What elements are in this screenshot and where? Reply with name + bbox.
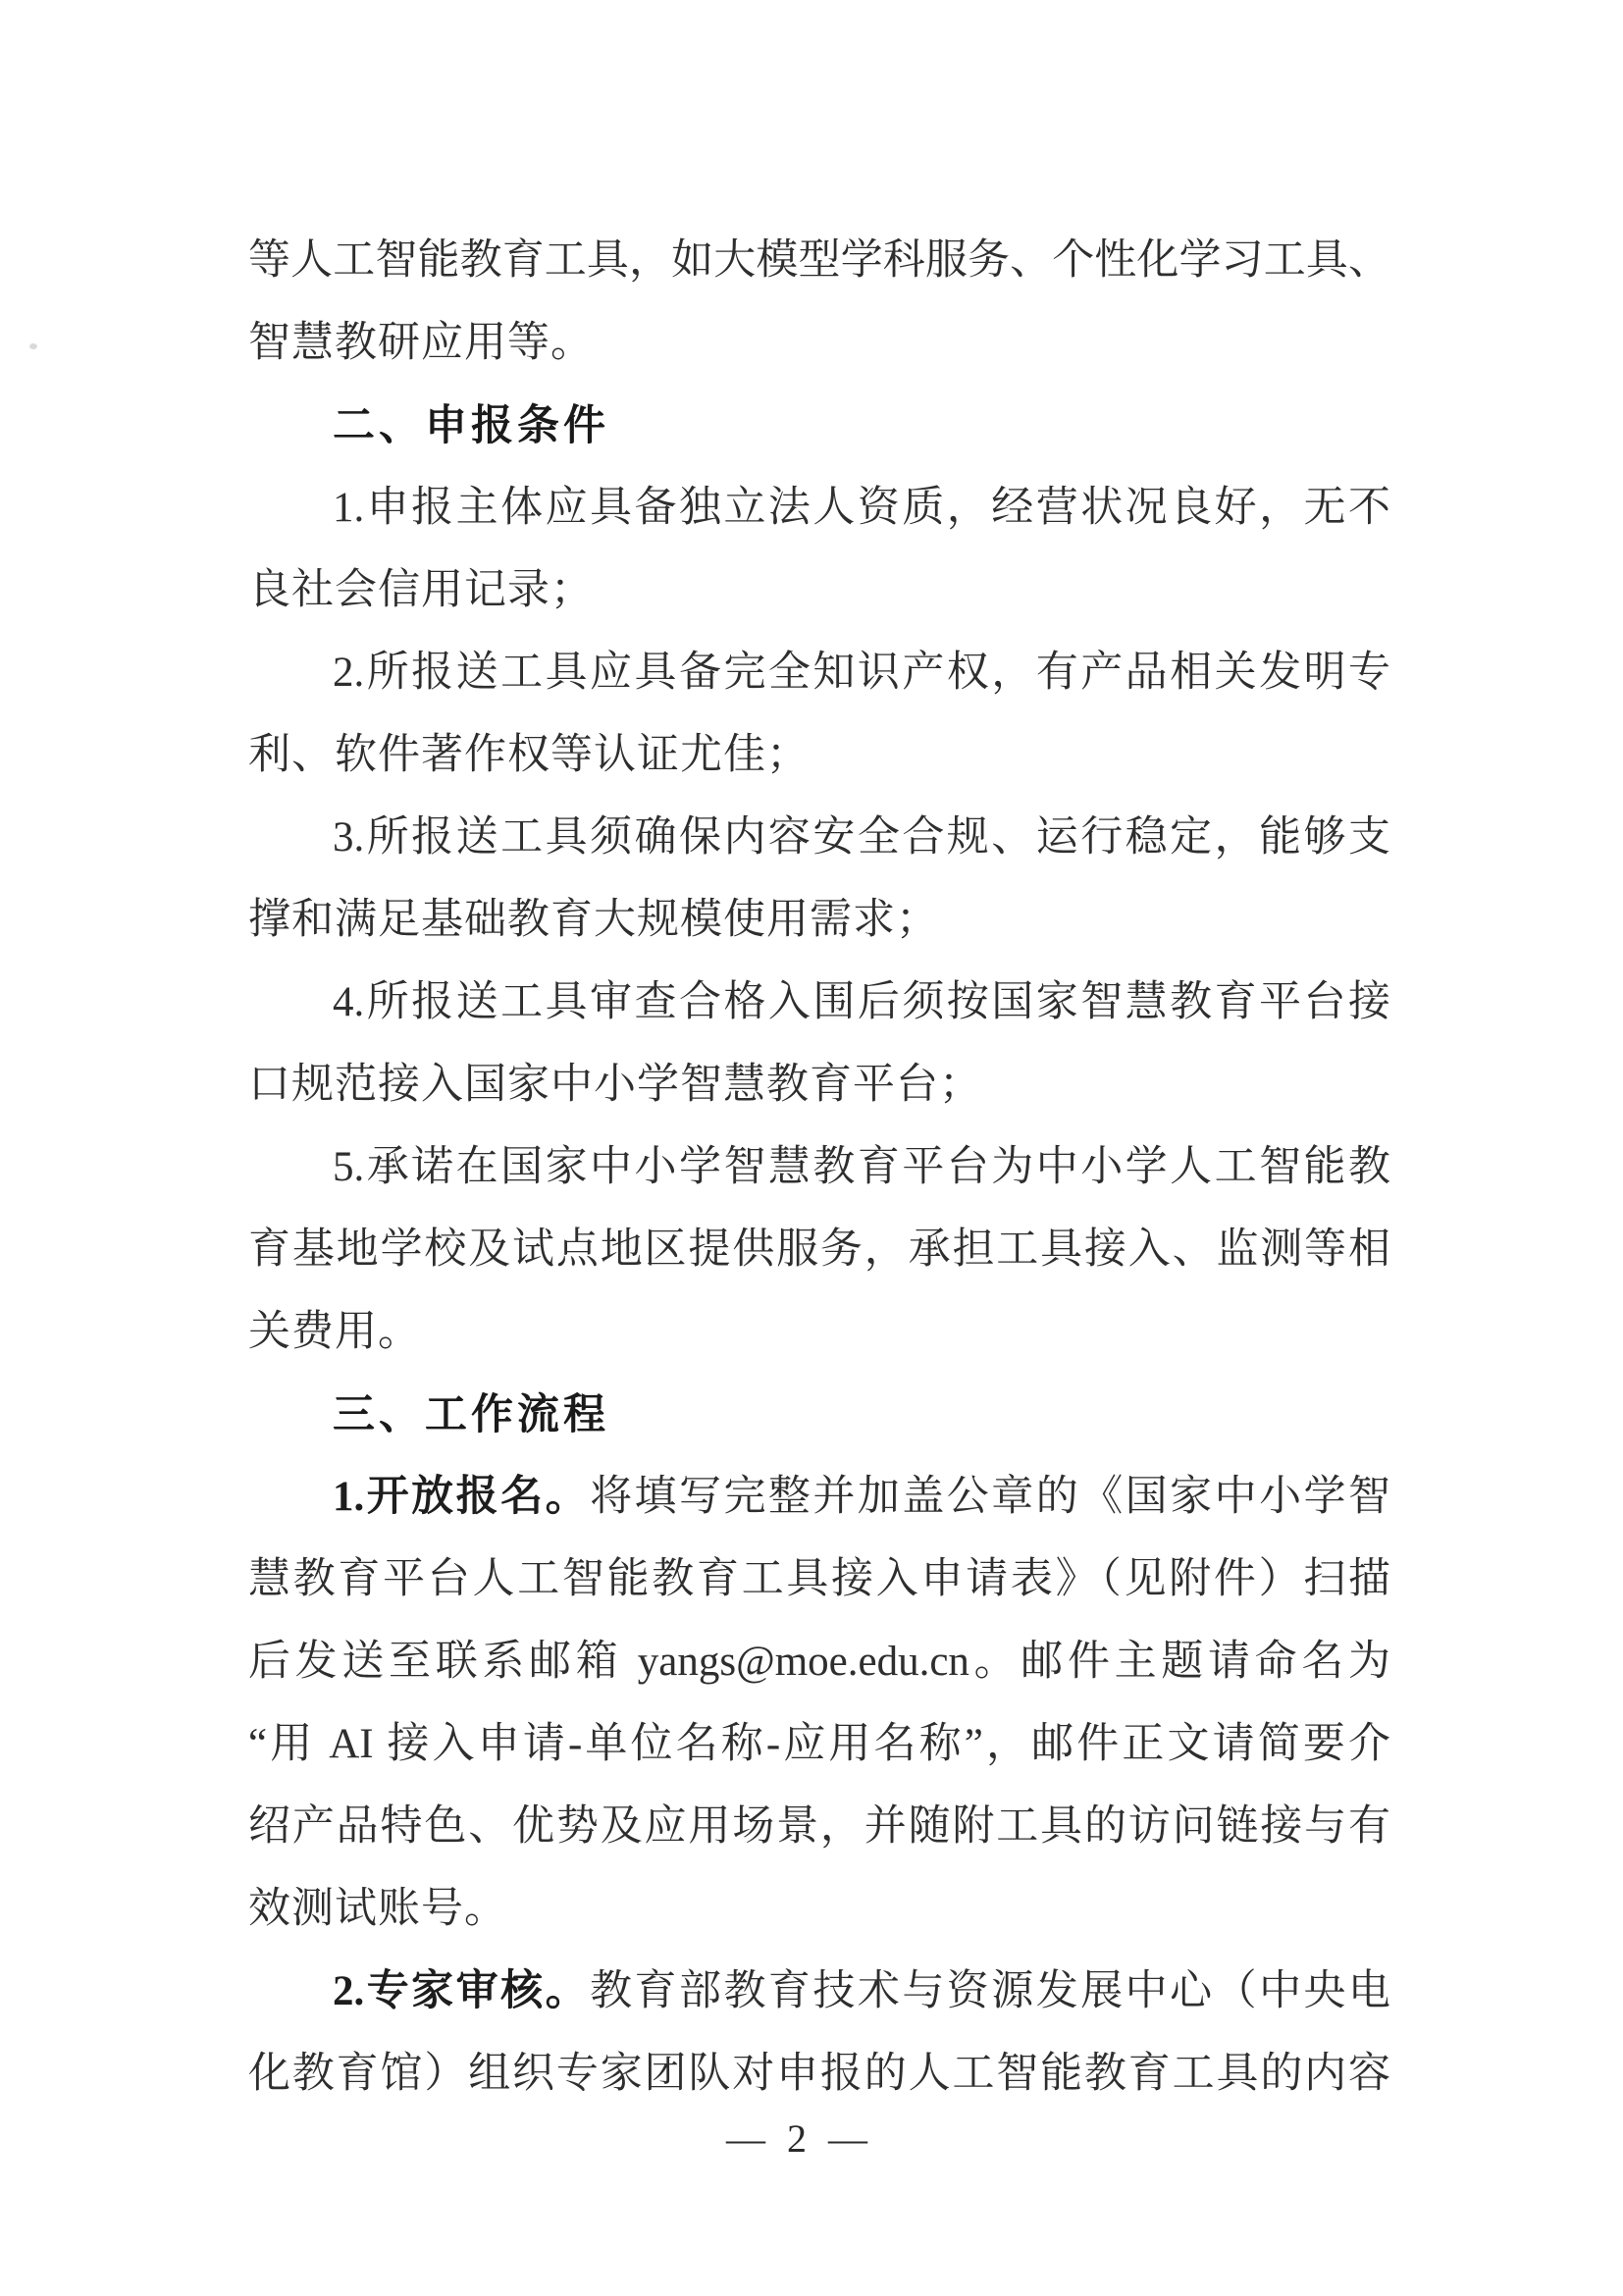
- text-line: “用 AI 接入申请-单位名称-应用名称”，邮件正文请简要介: [248, 1703, 1390, 1786]
- document-body: 等人工智能教育工具，如大模型学科服务、个性化学习工具、智慧教研应用等。二、申报条…: [248, 220, 1390, 2115]
- text-line: 慧教育平台人工智能教育工具接入申请表》（见附件）扫描: [248, 1539, 1390, 1621]
- text-run: 智慧教研应用等。: [248, 320, 594, 366]
- text-run: 慧教育平台人工智能教育工具接入申请表》（见附件）扫描: [248, 1556, 1390, 1602]
- scanned-document-page: 等人工智能教育工具，如大模型学科服务、个性化学习工具、智慧教研应用等。二、申报条…: [0, 0, 1623, 2296]
- text-run: 等人工智能教育工具，如大模型学科服务、个性化学习工具、: [248, 237, 1390, 284]
- text-run: 5.承诺在国家中小学智慧教育平台为中小学人工智能教: [333, 1144, 1390, 1190]
- text-run: 效测试账号。: [248, 1886, 507, 1932]
- text-run: 三、工作流程: [333, 1391, 609, 1438]
- text-run: 良社会信用记录；: [248, 567, 594, 613]
- text-line: 效测试账号。: [248, 1868, 1390, 1951]
- text-line: 利、软件著作权等认证尤佳；: [248, 714, 1390, 797]
- text-run: 将填写完整并加盖公章的《国家中小学智: [590, 1474, 1390, 1520]
- text-line: 育基地学校及试点地区提供服务，承担工具接入、监测等相: [248, 1209, 1390, 1291]
- scan-artifact: [29, 343, 37, 349]
- text-run: 化教育馆）组织专家团队对申报的人工智能教育工具的内容: [248, 2051, 1390, 2097]
- text-line: 智慧教研应用等。: [248, 302, 1390, 385]
- bold-run: 1.开放报名。: [333, 1474, 590, 1520]
- bold-run: 2.专家审核。: [333, 1968, 590, 2014]
- text-run: 口规范接入国家中小学智慧教育平台；: [248, 1062, 982, 1108]
- text-run: 关费用。: [248, 1309, 421, 1355]
- section-heading: 三、工作流程: [248, 1374, 1390, 1456]
- text-run: 教育部教育技术与资源发展中心（中央电: [590, 1968, 1390, 2014]
- text-line: 等人工智能教育工具，如大模型学科服务、个性化学习工具、: [248, 220, 1390, 302]
- text-line: 口规范接入国家中小学智慧教育平台；: [248, 1044, 1390, 1126]
- text-run: “用 AI 接入申请-单位名称-应用名称”，邮件正文请简要介: [248, 1721, 1390, 1767]
- text-line: 1.申报主体应具备独立法人资质，经营状况良好，无不: [248, 467, 1390, 549]
- text-line: 2.专家审核。教育部教育技术与资源发展中心（中央电: [248, 1951, 1390, 2033]
- text-line: 后发送至联系邮箱 yangs@moe.edu.cn。邮件主题请命名为: [248, 1621, 1390, 1703]
- section-heading: 二、申报条件: [248, 385, 1390, 467]
- text-line: 良社会信用记录；: [248, 549, 1390, 632]
- text-line: 撑和满足基础教育大规模使用需求；: [248, 879, 1390, 962]
- text-line: 2.所报送工具应具备完全知识产权，有产品相关发明专: [248, 632, 1390, 714]
- text-run: 1.申报主体应具备独立法人资质，经营状况良好，无不: [333, 485, 1390, 531]
- page-number: — 2 —: [0, 2112, 1599, 2166]
- text-line: 5.承诺在国家中小学智慧教育平台为中小学人工智能教: [248, 1126, 1390, 1209]
- text-line: 1.开放报名。将填写完整并加盖公章的《国家中小学智: [248, 1456, 1390, 1539]
- text-line: 4.所报送工具审查合格入围后须按国家智慧教育平台接: [248, 962, 1390, 1044]
- text-run: 二、申报条件: [333, 402, 609, 449]
- text-line: 关费用。: [248, 1291, 1390, 1374]
- text-run: 育基地学校及试点地区提供服务，承担工具接入、监测等相: [248, 1226, 1390, 1273]
- text-run: 2.所报送工具应具备完全知识产权，有产品相关发明专: [333, 650, 1390, 696]
- text-run: 利、软件著作权等认证尤佳；: [248, 732, 810, 778]
- text-line: 化教育馆）组织专家团队对申报的人工智能教育工具的内容: [248, 2033, 1390, 2115]
- text-run: 3.所报送工具须确保内容安全合规、运行稳定，能够支: [333, 814, 1390, 861]
- text-line: 3.所报送工具须确保内容安全合规、运行稳定，能够支: [248, 797, 1390, 879]
- text-run: 4.所报送工具审查合格入围后须按国家智慧教育平台接: [333, 979, 1390, 1025]
- text-line: 绍产品特色、优势及应用场景，并随附工具的访问链接与有: [248, 1786, 1390, 1868]
- text-run: 撑和满足基础教育大规模使用需求；: [248, 897, 939, 943]
- text-run: 绍产品特色、优势及应用场景，并随附工具的访问链接与有: [248, 1803, 1390, 1850]
- text-run: 后发送至联系邮箱 yangs@moe.edu.cn。邮件主题请命名为: [248, 1639, 1390, 1685]
